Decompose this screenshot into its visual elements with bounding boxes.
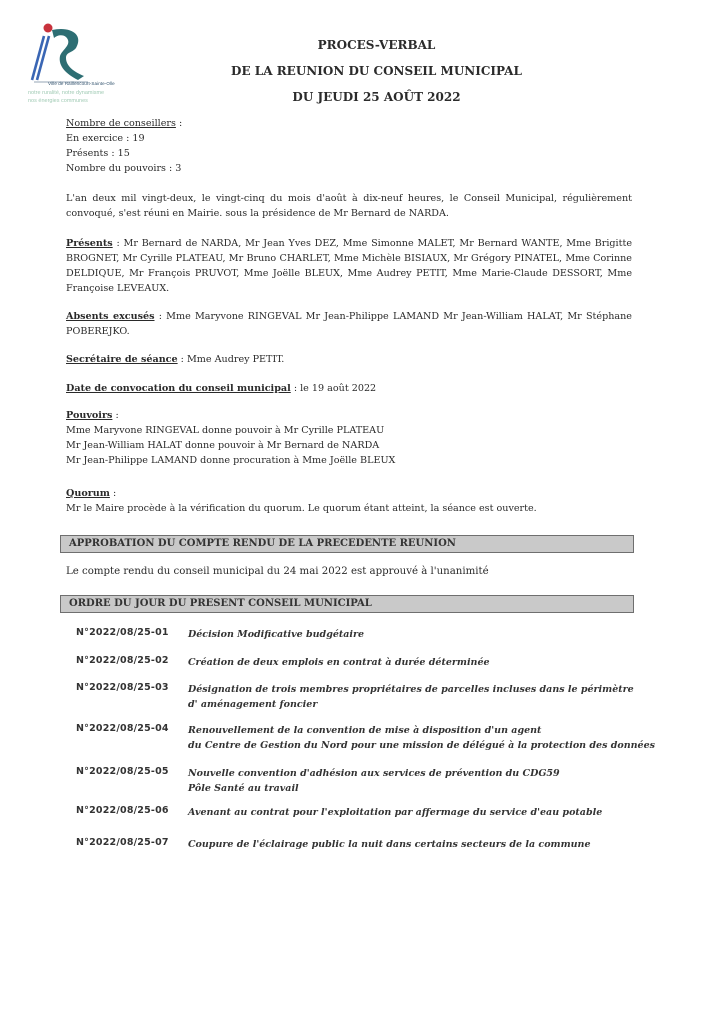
section-header-approval: APPROBATION DU COMPTE RENDU DE LA PRECED…: [60, 535, 634, 553]
presents-paragraph: Présents : Mr Bernard de NARDA, Mr Jean …: [66, 236, 632, 296]
agenda-item-number: N°2022/08/25-01: [76, 627, 169, 638]
quorum-label: Quorum: [66, 488, 110, 499]
proxy-item: Mr Jean-Philippe LAMAND donne procuratio…: [66, 453, 632, 468]
absents-label: Absents excusés: [66, 311, 155, 322]
secretary-value: : Mme Audrey PETIT.: [178, 354, 285, 365]
quorum-text: Mr le Maire procède à la vérification du…: [66, 501, 632, 516]
count-in-office: En exercice : 19: [66, 131, 632, 146]
agenda-item-title: Désignation de trois membres propriétair…: [188, 682, 634, 712]
proxies-label: Pouvoirs: [66, 410, 112, 421]
agenda-item-number: N°2022/08/25-07: [76, 837, 169, 848]
agenda-item-title: Création de deux emplois en contrat à du…: [188, 655, 490, 670]
councillor-counts: Nombre de conseillers : En exercice : 19…: [66, 116, 632, 176]
proxies-section: Pouvoirs : Mme Maryvone RINGEVAL donne p…: [66, 408, 632, 468]
convocation-line: Date de convocation du conseil municipal…: [66, 381, 632, 396]
agenda-item-number: N°2022/08/25-04: [76, 723, 169, 734]
agenda-item-number: N°2022/08/25-05: [76, 766, 169, 777]
presents-list: : Mr Bernard de NARDA, Mr Jean Yves DEZ,…: [66, 238, 632, 294]
document-subtitle: DE LA REUNION DU CONSEIL MUNICIPAL: [22, 64, 709, 78]
proxy-item: Mme Maryvone RINGEVAL donne pouvoir à Mr…: [66, 423, 632, 438]
document-title: PROCES-VERBAL: [22, 38, 709, 52]
agenda-item-title: Coupure de l'éclairage public la nuit da…: [188, 837, 591, 852]
convocation-label: Date de convocation du conseil municipal: [66, 383, 291, 394]
quorum-section: Quorum : Mr le Maire procède à la vérifi…: [66, 486, 632, 516]
agenda-item-number: N°2022/08/25-02: [76, 655, 169, 666]
intro-paragraph: L'an deux mil vingt-deux, le vingt-cinq …: [66, 191, 632, 221]
agenda-item-title: Nouvelle convention d'adhésion aux servi…: [188, 766, 560, 796]
section-header-agenda: ORDRE DU JOUR DU PRESENT CONSEIL MUNICIP…: [60, 595, 634, 613]
convocation-value: : le 19 août 2022: [291, 383, 376, 394]
count-proxies: Nombre du pouvoirs : 3: [66, 161, 632, 176]
agenda-item-title: Renouvellement de la convention de mise …: [188, 723, 655, 753]
absents-paragraph: Absents excusés : Mme Maryvone RINGEVAL …: [66, 309, 632, 339]
agenda-item-number: N°2022/08/25-03: [76, 682, 169, 693]
document-date: DU JEUDI 25 AOÛT 2022: [22, 90, 709, 104]
secretary-label: Secrétaire de séance: [66, 354, 178, 365]
agenda-item-title: Décision Modificative budgétaire: [188, 627, 364, 642]
counts-heading: Nombre de conseillers: [66, 118, 176, 129]
secretary-line: Secrétaire de séance : Mme Audrey PETIT.: [66, 352, 632, 367]
agenda-item-number: N°2022/08/25-06: [76, 805, 169, 816]
count-present: Présents : 15: [66, 146, 632, 161]
proxy-item: Mr Jean-William HALAT donne pouvoir à Mr…: [66, 438, 632, 453]
approval-text: Le compte rendu du conseil municipal du …: [66, 566, 489, 577]
logo-city-name: Ville de Raillencourt-Sainte-Olle: [48, 81, 115, 86]
presents-label: Présents: [66, 238, 113, 249]
agenda-item-title: Avenant au contrat pour l'exploitation p…: [188, 805, 602, 820]
